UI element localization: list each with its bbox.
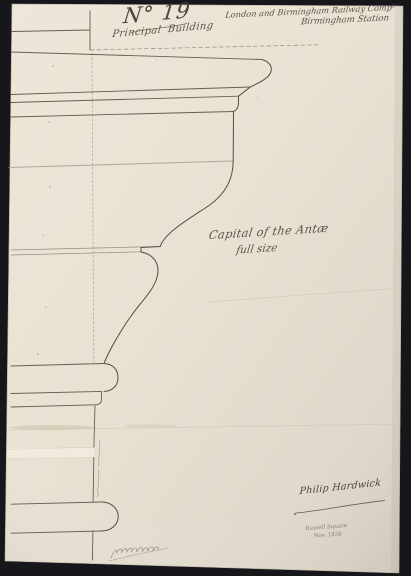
photographed-drawing-sheet: N° 19 Principal Building London and Birm…	[0, 0, 411, 576]
office-note: Russell Square Nov. 1838	[305, 522, 348, 541]
shaft-face-lower	[92, 531, 93, 560]
